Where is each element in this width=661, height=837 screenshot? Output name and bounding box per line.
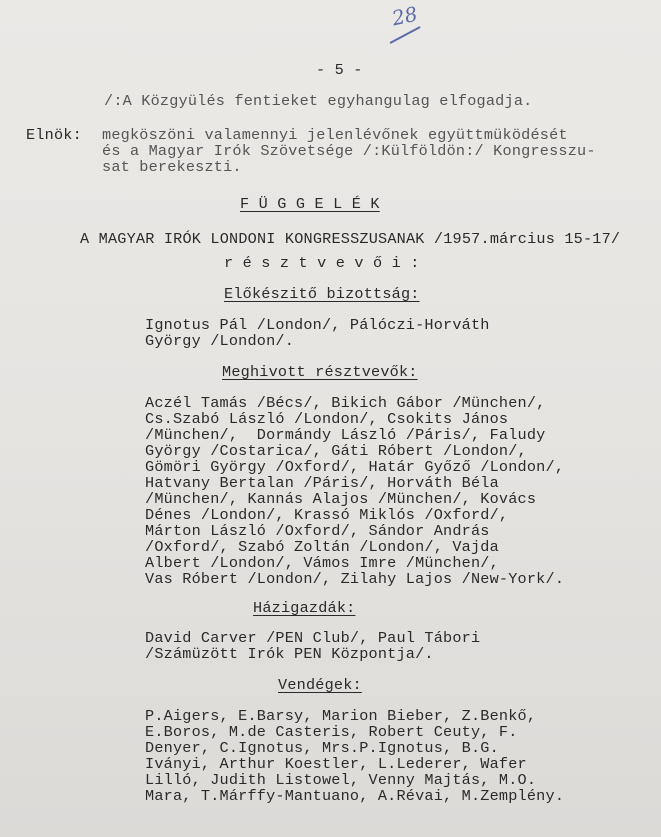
section-heading-guests: Vendégek: <box>278 677 362 693</box>
list-line: Aczél Tamás /Bécs/, Bikich Gábor /Münche… <box>145 395 564 411</box>
section-guests-list: P.Aigers, E.Barsy, Marion Bieber, Z.Benk… <box>145 708 564 804</box>
list-line: /München/, Dormándy László /Páris/, Falu… <box>145 427 564 443</box>
list-line: Denyer, C.Ignotus, Mrs.P.Ignotus, B.G. <box>145 740 564 756</box>
list-line: Márton László /Oxford/, Sándor András <box>145 523 564 539</box>
handwritten-page-number: 28 <box>390 2 420 31</box>
list-line: P.Aigers, E.Barsy, Marion Bieber, Z.Benk… <box>145 708 564 724</box>
list-line: /München/, Kannás Alajos /München/, Ková… <box>145 491 564 507</box>
section-hosts-list: David Carver /PEN Club/, Paul Tábori /Sz… <box>145 630 480 662</box>
list-line: Dénes /London/, Krassó Miklós /Oxford/, <box>145 507 564 523</box>
chairman-text: megköszöni valamennyi jelenlévőnek együt… <box>102 127 596 175</box>
resolution-line: /:A Közgyülés fentieket egyhangulag elfo… <box>104 93 532 109</box>
list-line: Albert /London/, Vámos Imre /München/, <box>145 555 564 571</box>
chairman-line: megköszöni valamennyi jelenlévőnek együt… <box>102 127 596 143</box>
list-line: Cs.Szabó László /London/, Csokits János <box>145 411 564 427</box>
chairman-line: sat berekeszti. <box>102 159 596 175</box>
list-line: Lilló, Judith Listowel, Venny Majtás, M.… <box>145 772 564 788</box>
appendix-subtitle: A MAGYAR IRÓK LONDONI KONGRESSZUSANAK /1… <box>80 231 620 247</box>
page-number: - 5 - <box>316 62 363 78</box>
section-preparatory-list: Ignotus Pál /London/, Pálóczi-Horváth Gy… <box>145 317 490 349</box>
appendix-title: F Ü G G E L É K <box>240 196 380 212</box>
list-line: Vas Róbert /London/, Zilahy Lajos /New-Y… <box>145 571 564 587</box>
list-line: David Carver /PEN Club/, Paul Tábori <box>145 630 480 646</box>
section-heading-hosts: Házigazdák: <box>253 600 355 616</box>
document-page: 28 - 5 - /:A Közgyülés fentieket egyhang… <box>0 0 661 837</box>
participants-label: r é s z t v e v ő i : <box>224 255 420 271</box>
section-invited-list: Aczél Tamás /Bécs/, Bikich Gábor /Münche… <box>145 395 564 587</box>
section-heading-invited: Meghivott résztvevők: <box>222 364 418 380</box>
list-line: /Számüzött Irók PEN Központja/. <box>145 646 480 662</box>
list-line: /Oxford/, Szabó Zoltán /London/, Vajda <box>145 539 564 555</box>
list-line: Ignotus Pál /London/, Pálóczi-Horváth <box>145 317 490 333</box>
list-line: E.Boros, M.de Casteris, Robert Ceuty, F. <box>145 724 564 740</box>
list-line: Hatvany Bertalan /Páris/, Horváth Béla <box>145 475 564 491</box>
chairman-line: és a Magyar Irók Szövetsége /:Külföldön:… <box>102 143 596 159</box>
list-line: György /Costarica/, Gáti Róbert /London/… <box>145 443 564 459</box>
list-line: György /London/. <box>145 333 490 349</box>
chairman-label: Elnök: <box>26 127 82 143</box>
section-heading-preparatory: Előkészitő bizottság: <box>224 286 420 302</box>
list-line: Iványi, Arthur Koestler, L.Lederer, Wafe… <box>145 756 564 772</box>
list-line: Mara, T.Márffy-Mantuano, A.Révai, M.Zemp… <box>145 788 564 804</box>
list-line: Gömöri György /Oxford/, Határ Győző /Lon… <box>145 459 564 475</box>
